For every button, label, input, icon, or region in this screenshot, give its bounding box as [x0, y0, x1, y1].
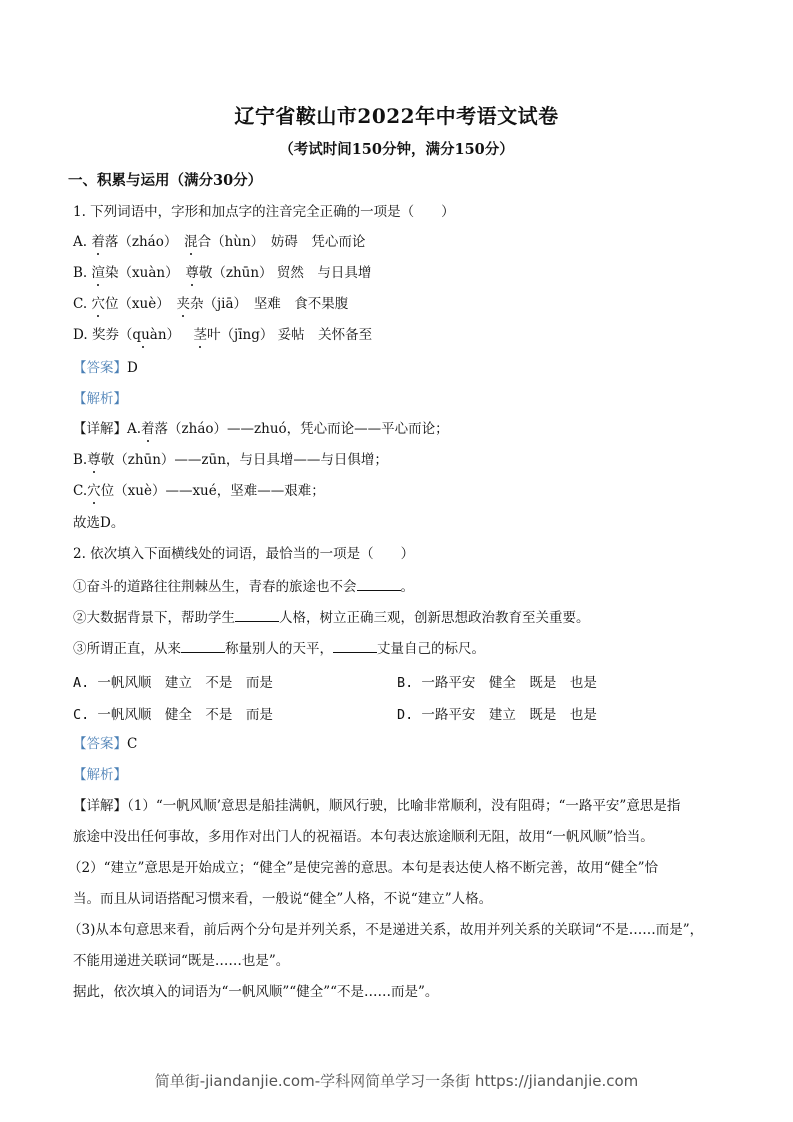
q2-detail-line: （2）“建立”意思是开始成立；“健全”是使完善的意思。本句是表达使人格不断完善，… — [68, 859, 658, 877]
q2-detail-line: 旅途中没出任何事故，多用作对出门人的祝福语。本句表达旅途顺利无阻，故用“一帆风顺… — [73, 828, 654, 846]
q2-detail-line: （3)从本句意思来看，前后两个分句是并列关系，不是递进关系，故用并列关系的关联词… — [68, 921, 703, 939]
q1-option-a: A. 着落（zháo） 混合（hùn） 妨碍 凭心而论 — [73, 233, 365, 251]
q2-option-b: B. 一路平安 健全 既是 也是 — [397, 671, 597, 691]
q1-conclusion: 故选D。 — [73, 514, 124, 532]
q1-option-b: B. 渲染（xuàn） 尊敬（zhūn） 贸然 与日具增 — [73, 264, 371, 282]
exam-page: 辽宁省鞍山市2022年中考语文试卷 （考试时间150分钟，满分150分） 一、积… — [0, 0, 793, 1122]
q2-option-c: C. 一帆风顺 健全 不是 而是 — [73, 703, 273, 723]
page-title: 辽宁省鞍山市2022年中考语文试卷 — [0, 100, 793, 129]
q1-option-d: D. 奖券（quàn） 茎叶（jīng） 妥帖 关怀备至 — [73, 326, 372, 344]
q2-option-d: D. 一路平安 建立 既是 也是 — [397, 703, 597, 723]
q1-analysis-label: 【解析】 — [73, 390, 127, 408]
answer-value: D — [127, 360, 138, 376]
q2-detail-line: 【详解】（1）“一帆风顺’意思是船挂满帆，顺风行驶，比喻非常顺利，没有阻碍；“一… — [73, 797, 680, 815]
answer-label: 【答案】 — [73, 736, 127, 752]
q2-sentence-1: ①奋斗的道路往往荆棘丛生，青春的旅途也不会。 — [73, 576, 414, 596]
answer-label: 【答案】 — [73, 360, 127, 376]
q1-detail-line: 【详解】A.着落（zháo）——zhuó，凭心而论——平心而论； — [73, 420, 449, 438]
fill-blank — [357, 576, 401, 591]
footer-watermark: 简单街-jiandanjie.com-学科网简单学习一条街 https://ji… — [0, 1070, 793, 1091]
q1-stem: 1. 下列词语中，字形和加点字的注音完全正确的一项是（ ） — [73, 203, 455, 221]
section-heading: 一、积累与运用（满分30分） — [68, 172, 262, 190]
fill-blank — [333, 638, 377, 653]
q1-detail-line: B.尊敬（zhūn）——zūn，与日具增——与日俱增； — [73, 451, 388, 469]
q1-answer: 【答案】D — [73, 359, 138, 377]
q2-analysis-label: 【解析】 — [73, 766, 127, 784]
q2-detail-line: 不能用递进关联词“既是……也是”。 — [73, 952, 289, 970]
q2-detail-line: 当。而且从词语搭配习惯来看，一般说“健全”人格，不说“建立”人格。 — [73, 890, 492, 908]
q2-option-a: A. 一帆风顺 建立 不是 而是 — [73, 671, 273, 691]
page-subtitle: （考试时间150分钟，满分150分） — [0, 138, 793, 159]
q1-option-c: C. 穴位（xuè） 夹杂（jiā） 坚难 食不果腹 — [73, 295, 348, 313]
q2-answer: 【答案】C — [73, 735, 137, 753]
q2-sentence-3: ③所谓正直，从来称量别人的天平，丈量自己的标尺。 — [73, 638, 485, 658]
q2-stem: 2. 依次填入下面横线处的词语，最恰当的一项是（ ） — [73, 545, 414, 563]
answer-value: C — [127, 736, 137, 752]
fill-blank — [181, 638, 225, 653]
q2-sentence-2: ②大数据背景下，帮助学生人格，树立正确三观，创新思想政治教育至关重要。 — [73, 607, 590, 627]
q1-detail-line: C.穴位（xuè）——xué，坚难——艰难； — [73, 482, 325, 500]
fill-blank — [235, 607, 279, 622]
q2-detail-line: 据此，依次填入的词语为“一帆风顺”“健全”“不是……而是”。 — [73, 983, 438, 1001]
